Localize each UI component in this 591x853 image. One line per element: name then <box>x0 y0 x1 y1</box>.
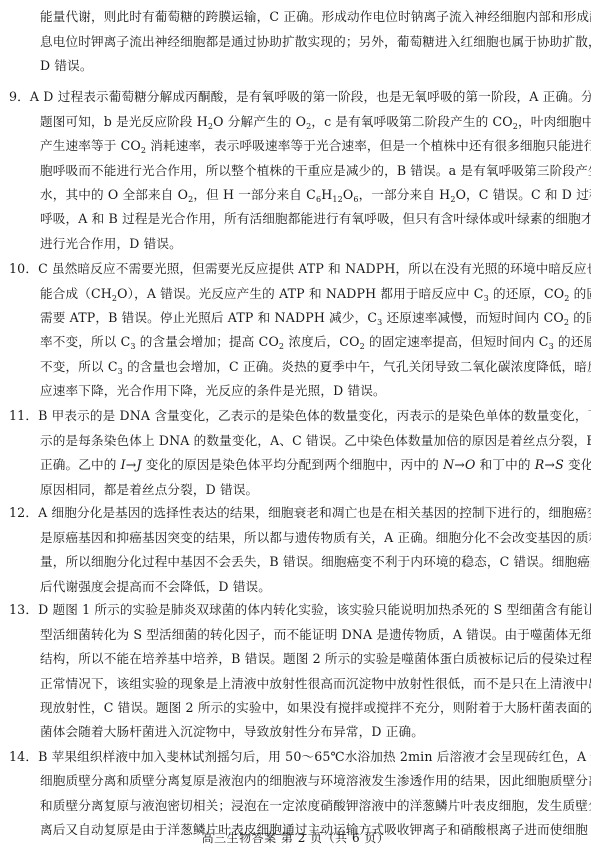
page-footer: 高三生物答案 第 2 页（共 6 页） <box>0 829 591 847</box>
italic-symbol: I→J <box>121 457 142 472</box>
answer-item-13-line: 菌体会随着大肠杆菌进入沉淀物中，导致放射性分布异常，D 正确。 <box>40 721 573 743</box>
subscript: 3 <box>377 318 382 327</box>
subscript: 6 <box>316 195 321 204</box>
answer-item-13-line: 13．D 题图 1 所示的实验是肺炎双球菌的体内转化实验，该实验只能说明加热杀死… <box>9 599 573 621</box>
continuation-line: D 错误。 <box>40 55 573 77</box>
continuation-line: 能量代谢，则此时有葡萄糖的跨膜运输，C 正确。形成动作电位时钠离子流入神经细胞内… <box>40 6 573 28</box>
subscript: 3 <box>130 342 135 351</box>
subscript: 6 <box>353 195 358 204</box>
answer-item-9-line: 题图可知，b 是光反应阶段 H2O 分解产生的 O2，c 是有氧呼吸第二阶段产生… <box>40 111 573 133</box>
continuation-line: 息电位时钾离子流出神经细胞都是通过协助扩散实现的；另外，葡萄糖进入红细胞也属于协… <box>40 31 573 53</box>
answer-item-10-line: 能合成（CH2O），A 错误。光反应产生的 ATP 和 NADPH 都用于暗反应… <box>40 283 573 305</box>
answer-item-9-line: 9．A D 过程表示葡萄糖分解成丙酮酸，是有氧呼吸的第一阶段，也是无氧呼吸的第一… <box>9 86 573 108</box>
italic-symbol: N→O <box>443 457 475 472</box>
answer-item-10-line: 需要 ATP，B 错误。停止光照后 ATP 和 NADPH 减少，C3 还原速率… <box>40 307 573 329</box>
answer-item-12-line: 后代谢强度会提高而不会降低，D 错误。 <box>40 576 573 598</box>
answer-item-10-line: 不变，所以 C3 的含量也会增加，C 正确。炎热的夏季中午，气孔关闭导致二氧化碳… <box>40 356 573 378</box>
answer-item-11-line: 11．B 甲表示的是 DNA 含量变化，乙表示的是染色体的数量变化，丙表示的是染… <box>9 405 573 427</box>
answer-item-10-line: 率不变，所以 C3 的含量会增加；提高 CO2 浓度后，CO2 的固定速率提高，… <box>40 331 573 353</box>
subscript: 2 <box>513 122 518 131</box>
answer-item-10-line: 10．C 虽然暗反应不需要光照，但需要光反应提供 ATP 和 NADPH，所以在… <box>9 258 573 280</box>
subscript: 2 <box>564 294 569 303</box>
answer-item-9-line: 进行光合作用，D 错误。 <box>40 233 573 255</box>
subscript: 12 <box>332 195 342 204</box>
answer-item-13-line: 型活细菌转化为 S 型活细菌的转化因子，而不能证明 DNA 是遗传物质，A 错误… <box>40 624 573 646</box>
answer-item-11-line: 正确。乙中的 I→J 变化的原因是染色体平均分配到两个细胞中，丙中的 N→O 和… <box>40 454 573 476</box>
answer-item-14-line: 细胞质壁分离和质壁分离复原是液泡内的细胞液与环境溶液发生渗透作用的结果，因此细胞… <box>40 770 573 792</box>
subscript: 2 <box>450 195 455 204</box>
subscript: 3 <box>484 294 489 303</box>
subscript: 2 <box>306 122 311 131</box>
answer-item-9-line: 产生速率等于 CO2 消耗速率，表示呼吸速率等于光合速率，但是一个植株中还有很多… <box>40 135 573 157</box>
subscript: 3 <box>118 367 123 376</box>
subscript: 2 <box>279 342 284 351</box>
answer-item-13-line: 现放射性，C 错误。题图 2 所示的实验中，如果没有搅拌或搅拌不充分，则附着于大… <box>40 697 573 719</box>
answer-item-9-line: 水，其中的 O 全部来自 O2，但 H 一部分来自 C6H12O6，一部分来自 … <box>40 184 573 206</box>
answer-item-10-line: 应速率下降，光合作用下降，光反应的条件是光照，D 错误。 <box>40 380 573 402</box>
subscript: 2 <box>112 294 117 303</box>
subscript: 2 <box>564 318 569 327</box>
subscript: 2 <box>360 342 365 351</box>
answer-item-11-line: 原因相同，都是着丝点分裂，D 错误。 <box>40 479 573 501</box>
answer-item-12-line: 量，所以细胞分化过程中基因不会丢失，B 错误。细胞癌变不利于内环境的稳态，C 错… <box>40 551 573 573</box>
answer-item-14-line: 和质壁分离复原与液泡密切相关；浸泡在一定浓度硝酸钾溶液中的洋葱鳞片叶表皮细胞，发… <box>40 795 573 817</box>
answer-item-9-line: 胞呼吸而不能进行光合作用，所以整个植株的干重应是减少的，B 错误。a 是有氧呼吸… <box>40 160 573 182</box>
answer-item-12-line: 12．A 细胞分化是基因的选择性表达的结果，细胞衰老和凋亡也是在相关基因的控制下… <box>9 502 573 524</box>
answer-item-11-line: 示的是每条染色体上 DNA 的数量变化，A、C 错误。乙中染色体数量加倍的原因是… <box>40 430 573 452</box>
subscript: 2 <box>141 146 146 155</box>
subscript: 3 <box>549 342 554 351</box>
subscript: 2 <box>208 122 213 131</box>
answer-item-12-line: 是原癌基因和抑癌基因突变的结果，所以都与遗传物质有关，A 正确。细胞分化不会改变… <box>40 527 573 549</box>
answer-item-14-line: 14．B 苹果组织样液中加入斐林试剂摇匀后，用 50～65℃水浴加热 2min … <box>9 746 573 768</box>
answer-item-9-line: 呼吸，A 和 B 过程是光合作用，所有活细胞都能进行有氧呼吸，但只有含叶绿体或叶… <box>40 208 573 230</box>
italic-symbol: R→S <box>535 457 564 472</box>
answer-item-13-line: 正常情况下，该组实验的现象是上清液中放射性很高而沉淀物中放射性很低，而不是只在上… <box>40 673 573 695</box>
subscript: 2 <box>188 195 193 204</box>
answer-item-13-line: 结构，所以不能在培养基中培养，B 错误。题图 2 所示的实验是噬菌体蛋白质被标记… <box>40 648 573 670</box>
document-page: 能量代谢，则此时有葡萄糖的跨膜运输，C 正确。形成动作电位时钠离子流入神经细胞内… <box>0 0 591 853</box>
